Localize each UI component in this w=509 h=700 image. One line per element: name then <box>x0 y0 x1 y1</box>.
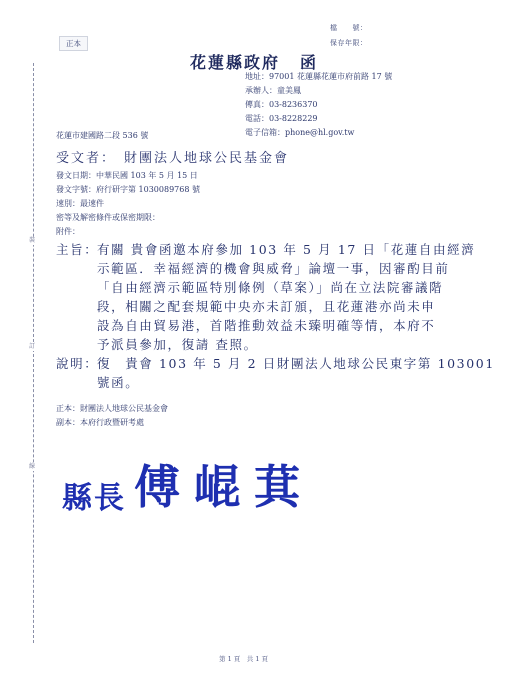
copy-recipient: 副本：本府行政暨研考處 <box>56 417 144 428</box>
explanation-line: 號函。 <box>97 373 139 391</box>
fax-number: 傳真：03-8236370 <box>245 99 318 110</box>
recipient-label: 受文者： <box>56 151 116 166</box>
attachments: 附件： <box>56 226 80 237</box>
subject-line: 予派員參加，復請 查照。 <box>97 335 258 353</box>
recipient-name: 財團法人地球公民基金會 <box>124 151 289 166</box>
subject-line: 有關 貴會函邀本府參加 103 年 5 月 17 日「花蓮自由經濟 <box>97 240 475 258</box>
explanation-label: 說明： <box>56 354 98 372</box>
explanation-line: 復 貴會 103 年 5 月 2 日財團法人地球公民東字第 103001 <box>97 354 495 372</box>
agency-name: 花蓮縣政府 <box>190 53 280 72</box>
original-recipient: 正本：財團法人地球公民基金會 <box>56 403 168 414</box>
subject-line: 示範區．幸福經濟的機會與威脅」論壇一事，因審酌目前 <box>97 259 450 277</box>
subject-line: 設為自由貿易港，首階推動效益未臻明確等情，本府不 <box>97 316 435 334</box>
binding-line <box>33 63 34 643</box>
binding-mark-bind: 裝 <box>29 237 35 245</box>
phone-number: 電話：03-8228229 <box>245 113 318 124</box>
document-number: 發文字號：府行研字第 1030089768 號 <box>56 184 200 195</box>
file-number-label: 檔 號： <box>330 23 368 33</box>
retention-period-label: 保存年限： <box>330 38 368 48</box>
page-number: 第 1 頁 共 1 頁 <box>219 654 268 663</box>
delivery-speed: 速別：最速件 <box>56 198 104 209</box>
binding-mark-staple: 訂 <box>29 343 35 351</box>
issue-date: 發文日期：中華民國 103 年 5 月 15 日 <box>56 170 198 181</box>
binding-mark-line: 線 <box>29 463 35 471</box>
signature-role: 縣長 <box>62 481 126 516</box>
contact-person: 承辦人：童美鳳 <box>245 85 301 96</box>
email-address: 電子信箱：phone@hl.gov.tw <box>245 127 354 138</box>
document-title: 花蓮縣政府函 <box>190 50 318 73</box>
confidentiality: 密等及解密條件或保密期限： <box>56 212 160 223</box>
signature-stamp: 縣長傅崐萁 <box>62 451 314 517</box>
subject-label: 主旨： <box>56 240 98 258</box>
recipient-address: 花蓮市建國路二段 536 號 <box>56 130 148 141</box>
sender-address: 地址：97001 花蓮縣花蓮市府前路 17 號 <box>245 71 392 82</box>
recipient-line: 受文者：財團法人地球公民基金會 <box>56 147 289 166</box>
document-type: 函 <box>300 53 318 72</box>
subject-line: 「自由經濟示範區特別條例（草案）」尚在立法院審議階 <box>97 278 443 296</box>
subject-line: 段，相關之配套規範中央亦未訂頒，且花蓮港亦尚未申 <box>97 297 435 315</box>
copy-type-badge: 正本 <box>59 36 88 51</box>
signature-name: 傅崐萁 <box>134 460 314 514</box>
